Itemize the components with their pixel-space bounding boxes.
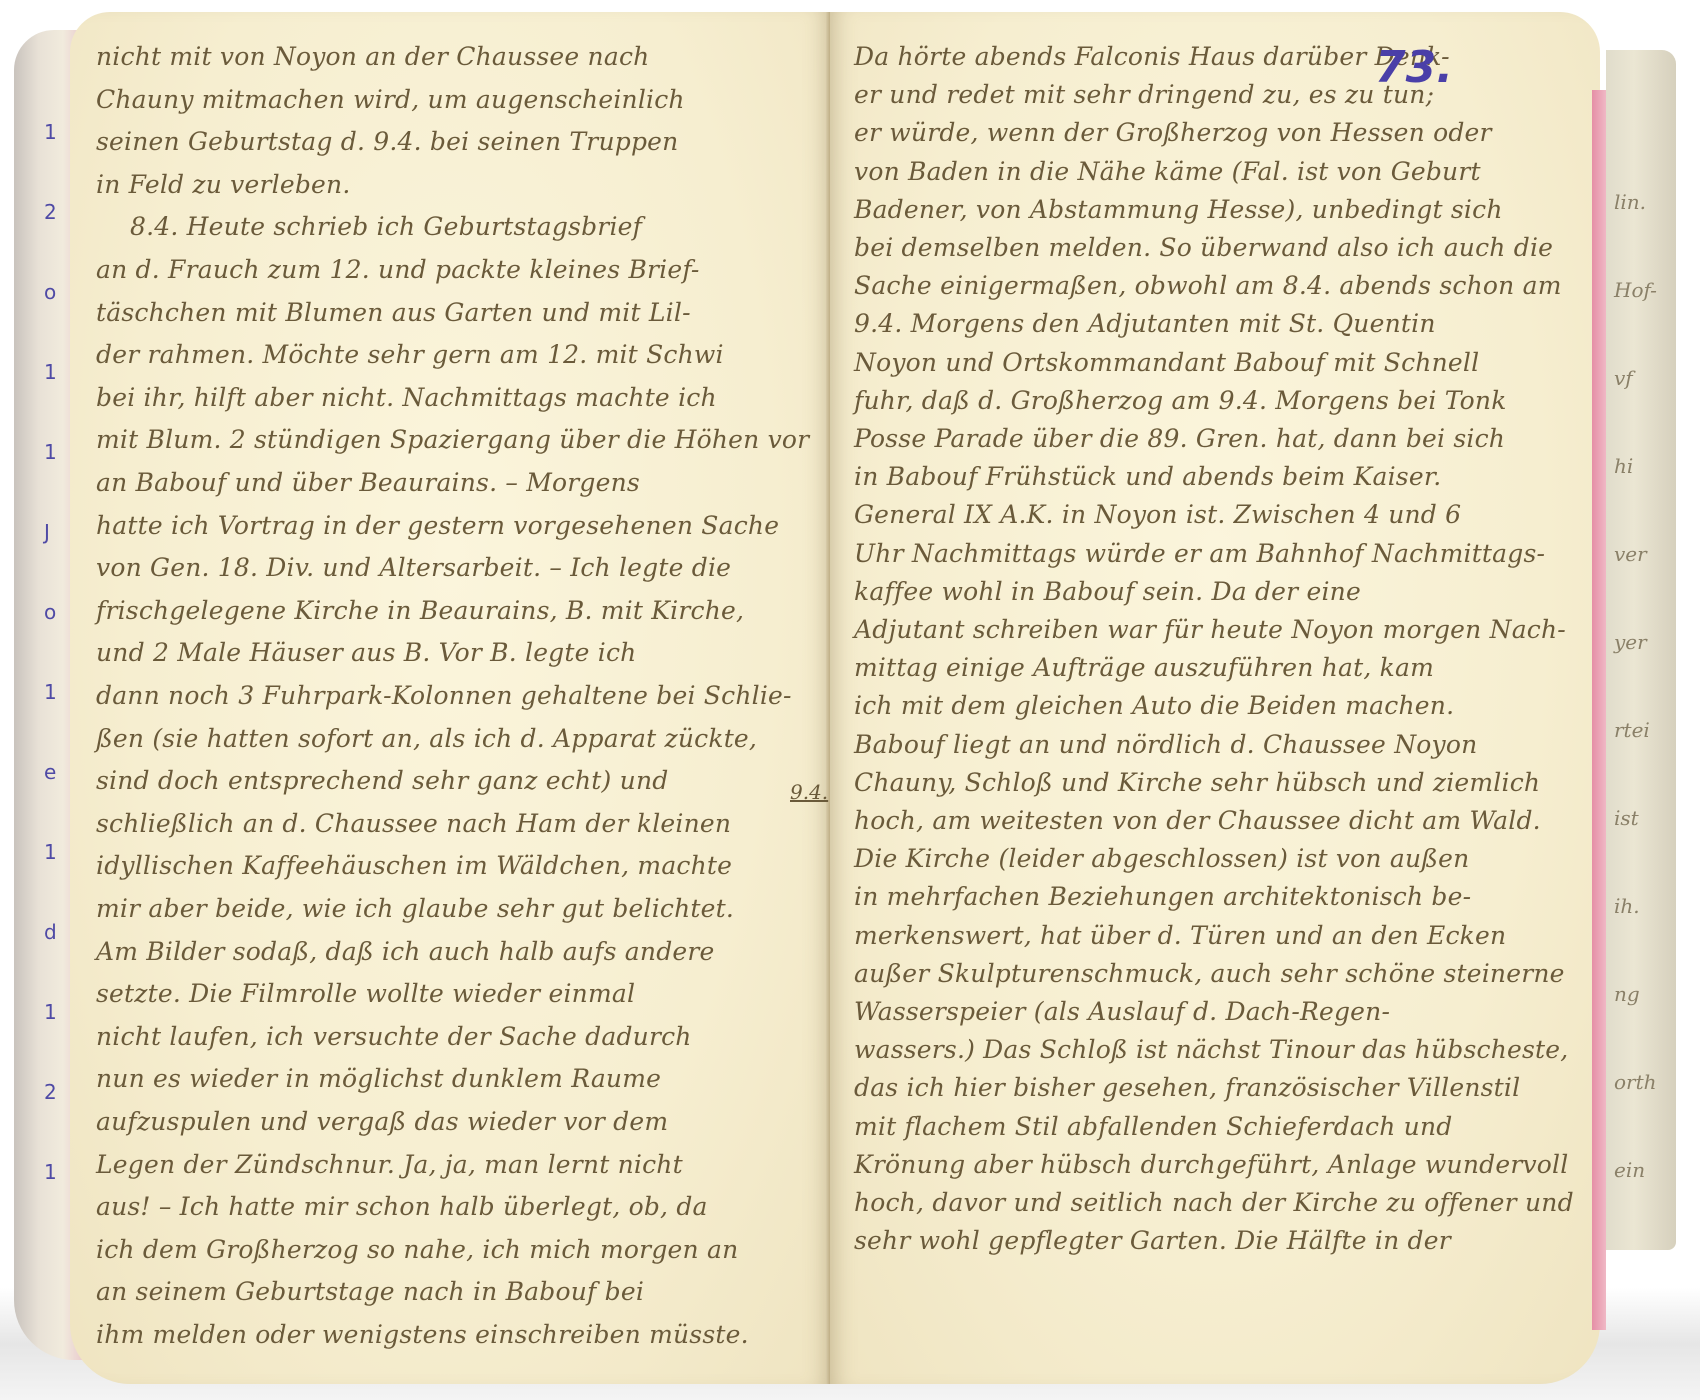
handwritten-line: dann noch 3 Fuhrpark-Kolonnen gehaltene …	[96, 681, 792, 710]
handwritten-line: nun es wieder in möglichst dunklem Raume	[96, 1064, 661, 1093]
back-pages-edge: lin.Hof-vfhiveryerrteiistih.ngorthein	[1606, 50, 1676, 1250]
handwritten-line: nicht laufen, ich versuchte der Sache da…	[96, 1022, 692, 1051]
margin-mark: 1	[44, 680, 57, 704]
handwritten-line: hatte ich Vortrag in der gestern vorgese…	[96, 511, 779, 540]
right-page: Da hörte abends Falconis Haus darüber De…	[830, 12, 1600, 1384]
handwritten-line: an Babouf und über Beaurains. – Morgens	[96, 468, 640, 497]
handwritten-line: Sache einigermaßen, obwohl am 8.4. abend…	[854, 271, 1562, 300]
margin-mark: o	[44, 280, 56, 304]
handwritten-line: von Gen. 18. Div. und Altersarbeit. – Ic…	[96, 553, 731, 582]
handwritten-line: er und redet mit sehr dringend zu, es zu…	[854, 80, 1434, 109]
handwritten-line: mit flachem Stil abfallenden Schieferdac…	[854, 1112, 1453, 1141]
back-page-fragment: Hof-	[1614, 278, 1657, 302]
handwritten-line: schließlich an d. Chaussee nach Ham der …	[96, 809, 731, 838]
handwritten-line: in Babouf Frühstück und abends beim Kais…	[854, 462, 1441, 491]
handwritten-line: in Feld zu verleben.	[96, 170, 351, 199]
handwritten-line: mit Blum. 2 stündigen Spaziergang über d…	[96, 425, 809, 454]
handwritten-line: bei ihr, hilft aber nicht. Nachmittags m…	[96, 383, 717, 412]
handwritten-line: bei demselben melden. So überwand also i…	[854, 233, 1553, 262]
handwritten-line: außer Skulpturenschmuck, auch sehr schön…	[854, 959, 1565, 988]
handwritten-line: Krönung aber hübsch durchgeführt, Anlage…	[854, 1150, 1568, 1179]
handwritten-line: Chauny mitmachen wird, um augenscheinlic…	[96, 85, 685, 114]
margin-mark: 1	[44, 440, 57, 464]
handwritten-line: kaffee wohl in Babouf sein. Da der eine	[854, 577, 1361, 606]
back-page-fragment: yer	[1614, 630, 1647, 654]
handwritten-line: Die Kirche (leider abgeschlossen) ist vo…	[854, 844, 1469, 873]
handwritten-line: Chauny, Schloß und Kirche sehr hübsch un…	[854, 768, 1540, 797]
handwritten-line: ich dem Großherzog so nahe, ich mich mor…	[96, 1235, 738, 1264]
handwritten-line: von Baden in die Nähe käme (Fal. ist von…	[854, 157, 1481, 186]
handwritten-line: merkenswert, hat über d. Türen und an de…	[854, 921, 1506, 950]
handwritten-line: sehr wohl gepflegter Garten. Die Hälfte …	[854, 1226, 1451, 1255]
handwritten-line: Adjutant schreiben war für heute Noyon m…	[854, 615, 1566, 644]
back-page-fragment: ver	[1614, 542, 1647, 566]
margin-mark: 1	[44, 840, 57, 864]
back-page-fragment: rtei	[1614, 718, 1650, 742]
back-page-fragment: ist	[1614, 806, 1639, 830]
handwritten-line: Babouf liegt an und nördlich d. Chaussee…	[854, 730, 1477, 759]
back-page-fragment: hi	[1614, 454, 1633, 478]
page-number: 73.	[1375, 42, 1453, 93]
handwritten-line: frischgelegene Kirche in Beaurains, B. m…	[96, 596, 744, 625]
handwritten-line: in mehrfachen Beziehungen architektonisc…	[854, 882, 1471, 911]
handwritten-line: an d. Frauch zum 12. und packte kleines …	[96, 255, 700, 284]
margin-mark: e	[44, 760, 56, 784]
handwritten-line: und 2 Male Häuser aus B. Vor B. legte ic…	[96, 638, 636, 667]
back-page-fragment: ng	[1614, 982, 1640, 1006]
handwritten-line: mir aber beide, wie ich glaube sehr gut …	[96, 894, 734, 923]
handwritten-line: Da hörte abends Falconis Haus darüber De…	[854, 42, 1450, 71]
margin-mark: d	[44, 920, 57, 944]
margin-mark: J	[44, 520, 50, 544]
handwritten-line: wassers.) Das Schloß ist nächst Tinour d…	[854, 1035, 1568, 1064]
handwritten-line: ßen (sie hatten sofort an, als ich d. Ap…	[96, 724, 757, 753]
handwritten-line: Noyon und Ortskommandant Babouf mit Schn…	[854, 348, 1479, 377]
handwritten-line: hoch, am weitesten von der Chaussee dich…	[854, 806, 1541, 835]
margin-mark: 2	[44, 200, 57, 224]
handwritten-line: nicht mit von Noyon an der Chaussee nach	[96, 42, 649, 71]
left-page: nicht mit von Noyon an der Chaussee nach…	[70, 12, 830, 1384]
page-edge-pink-right	[1592, 90, 1606, 1330]
handwritten-line: sind doch entsprechend sehr ganz echt) u…	[96, 766, 668, 795]
handwritten-line: das ich hier bisher gesehen, französisch…	[854, 1073, 1520, 1102]
back-page-fragment: ih.	[1614, 894, 1640, 918]
handwritten-line: täschchen mit Blumen aus Garten und mit …	[96, 298, 691, 327]
handwritten-line: fuhr, daß d. Großherzog am 9.4. Morgens …	[854, 386, 1507, 415]
handwritten-line: 9.4. Morgens den Adjutanten mit St. Quen…	[854, 309, 1436, 338]
handwritten-line: Legen der Zündschnur. Ja, ja, man lernt …	[96, 1150, 683, 1179]
margin-date: 9.4.	[790, 780, 828, 804]
handwritten-line: aufzuspulen und vergaß das wieder vor de…	[96, 1107, 668, 1136]
handwritten-line: setzte. Die Filmrolle wollte wieder einm…	[96, 979, 635, 1008]
handwritten-line: ihm melden oder wenigstens einschreiben …	[96, 1320, 749, 1349]
back-page-fragment: lin.	[1614, 190, 1646, 214]
margin-mark: 1	[44, 360, 57, 384]
margin-mark: 2	[44, 1080, 57, 1104]
margin-mark: o	[44, 600, 56, 624]
handwritten-line: seinen Geburtstag d. 9.4. bei seinen Tru…	[96, 127, 678, 156]
handwritten-line: General IX A.K. in Noyon ist. Zwischen 4…	[854, 500, 1461, 529]
handwritten-line: Uhr Nachmittags würde er am Bahnhof Nach…	[854, 539, 1545, 568]
margin-mark: 1	[44, 120, 57, 144]
handwritten-line: er würde, wenn der Großherzog von Hessen…	[854, 118, 1492, 147]
handwritten-line: der rahmen. Möchte sehr gern am 12. mit …	[96, 340, 724, 369]
back-page-fragment: orth	[1614, 1070, 1657, 1094]
handwritten-line: ich mit dem gleichen Auto die Beiden mac…	[854, 691, 1454, 720]
handwritten-line: Posse Parade über die 89. Gren. hat, dan…	[854, 424, 1505, 453]
back-page-fragment: vf	[1614, 366, 1633, 390]
handwritten-line: Am Bilder sodaß, daß ich auch halb aufs …	[96, 937, 715, 966]
handwritten-line: mittag einige Aufträge auszuführen hat, …	[854, 653, 1434, 682]
handwritten-line: an seinem Geburtstage nach in Babouf bei	[96, 1277, 644, 1306]
back-page-fragment: ein	[1614, 1158, 1645, 1182]
handwritten-line: hoch, davor und seitlich nach der Kirche…	[854, 1188, 1574, 1217]
handwritten-line: aus! – Ich hatte mir schon halb überlegt…	[96, 1192, 708, 1221]
margin-mark: 1	[44, 1160, 57, 1184]
margin-mark: 1	[44, 1000, 57, 1024]
handwritten-line: Badener, von Abstammung Hesse), unbeding…	[854, 195, 1503, 224]
handwritten-line: 8.4. Heute schrieb ich Geburtstagsbrief	[130, 212, 642, 241]
handwritten-line: Wasserspeier (als Auslauf d. Dach-Regen-	[854, 997, 1390, 1026]
handwritten-line: idyllischen Kaffeehäuschen im Wäldchen, …	[96, 851, 732, 880]
